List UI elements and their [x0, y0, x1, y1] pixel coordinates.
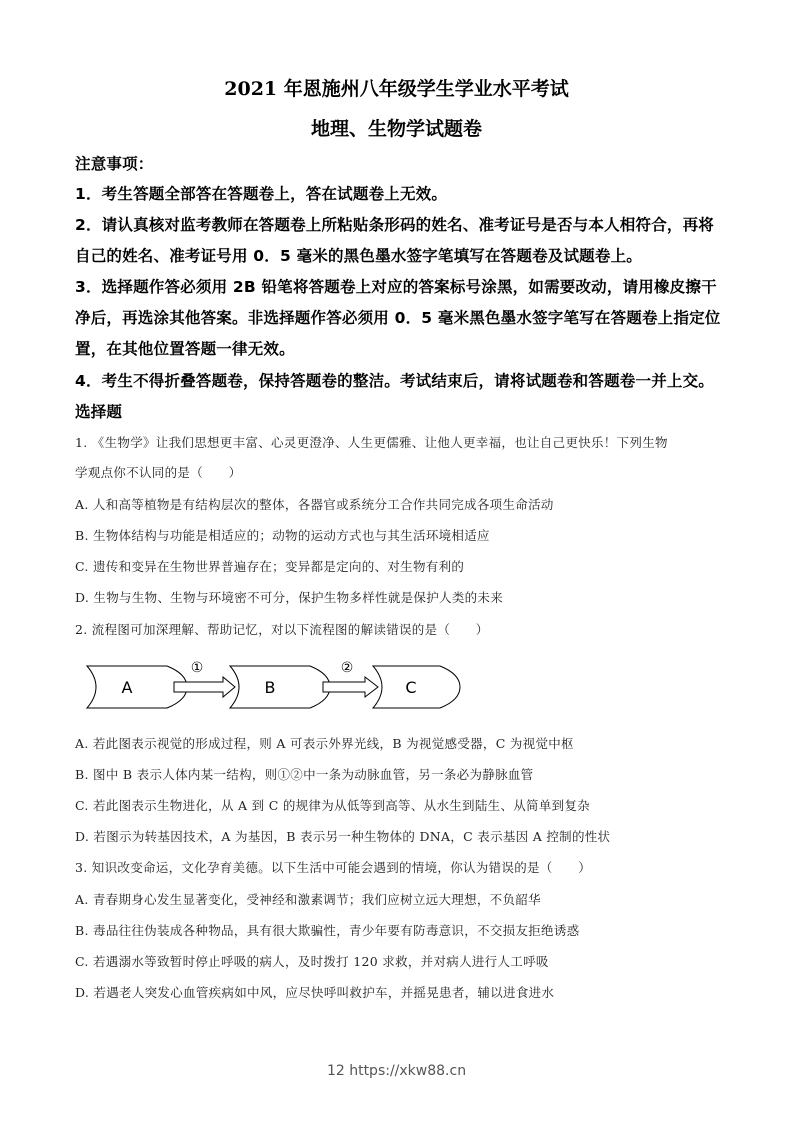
notice-heading: 注意事项：	[75, 152, 154, 174]
page-footer: 12 https://xkw88.cn	[0, 1063, 793, 1079]
notice-line: 2．请认真核对监考教师在答题卷上所粘贴条形码的姓名、准考证号是否与本人相符合，再…	[75, 213, 714, 235]
question-1-stem: 1. 《生物学》让我们思想更丰富、心灵更澄净、人生更儒雅、让他人更幸福，也让自己…	[75, 433, 668, 451]
svg-text:②: ②	[341, 660, 354, 676]
question-1-option-d: D. 生物与生物、生物与环境密不可分，保护生物多样性就是保护人类的未来	[75, 588, 503, 606]
question-3-option-b: B. 毒品往往伪装成各种物品，具有很大欺骗性，青少年要有防毒意识，不交损友拒绝诱…	[75, 921, 579, 939]
question-1-option-c: C. 遗传和变异在生物世界普遍存在；变异都是定向的、对生物有利的	[75, 557, 464, 575]
notice-line: 4．考生不得折叠答题卷，保持答题卷的整洁。考试结束后，请将试题卷和答题卷一并上交…	[75, 369, 714, 391]
svg-text:C: C	[405, 678, 416, 697]
svg-text:B: B	[265, 678, 276, 697]
question-2-option-c: C. 若此图表示生物进化，从 A 到 C 的规律为从低等到高等、从水生到陆生、从…	[75, 796, 590, 814]
exam-page: 2021 年恩施州八年级学生学业水平考试 地理、生物学试题卷 注意事项： 1．考…	[0, 0, 793, 1122]
flowchart-diagram: A ① B ② C	[75, 650, 475, 720]
question-1-option-b: B. 生物体结构与功能是相适应的；动物的运动方式也与其生活环境相适应	[75, 526, 490, 544]
notice-line: 3．选择题作答必须用 2B 铅笔将答题卷上对应的答案标号涂黑，如需要改动，请用橡…	[75, 275, 717, 297]
exam-title: 2021 年恩施州八年级学生学业水平考试	[0, 74, 793, 101]
flowchart-node-b: B	[230, 666, 330, 708]
notice-line: 净后，再选涂其他答案。非选择题作答必须用 0．5 毫米黑色墨水签字笔写在答题卷上…	[75, 306, 720, 328]
svg-text:①: ①	[191, 660, 204, 676]
svg-text:A: A	[122, 678, 133, 697]
notice-line: 自己的姓名、准考证号用 0．5 毫米的黑色墨水签字笔填写在答题卷及试题卷上。	[75, 244, 642, 266]
question-3-option-c: C. 若遇溺水等致暂时停止呼吸的病人，及时拨打 120 求救，并对病人进行人工呼…	[75, 952, 549, 970]
flowchart-arrow-2: ②	[323, 660, 378, 697]
question-3-option-d: D. 若遇老人突发心血管疾病如中风，应尽快呼叫救护车，并摇晃患者，辅以进食进水	[75, 983, 554, 1001]
question-2-option-d: D. 若图示为转基因技术，A 为基因，B 表示另一种生物体的 DNA，C 表示基…	[75, 827, 610, 845]
question-3-option-a: A. 青春期身心发生显著变化，受神经和激素调节；我们应树立远大理想，不负韶华	[75, 890, 541, 908]
question-2-option-b: B. 图中 B 表示人体内某一结构，则①②中一条为动脉血管，另一条必为静脉血管	[75, 765, 533, 783]
exam-subtitle: 地理、生物学试题卷	[0, 114, 793, 141]
flowchart-node-a: A	[87, 666, 187, 708]
notice-line: 1．考生答题全部答在答题卷上，答在试题卷上无效。	[75, 182, 447, 204]
notice-line: 置，在其他位置答题一律无效。	[75, 337, 295, 359]
question-1-stem: 学观点你不认同的是（ ）	[75, 463, 241, 481]
question-3-stem: 3. 知识改变命运，文化孕育美德。以下生活中可能会遇到的情境，你认为错误的是（ …	[75, 858, 591, 876]
section-heading: 选择题	[75, 400, 122, 422]
question-1-option-a: A. 人和高等植物是有结构层次的整体，各器官或系统分工合作共同完成各项生命活动	[75, 495, 554, 513]
question-2-stem: 2. 流程图可加深理解、帮助记忆，对以下流程图的解读错误的是（ ）	[75, 620, 489, 638]
flowchart-node-c: C	[373, 666, 460, 708]
question-2-option-a: A. 若此图表示视觉的形成过程，则 A 可表示外界光线，B 为视觉感受器，C 为…	[75, 734, 574, 752]
